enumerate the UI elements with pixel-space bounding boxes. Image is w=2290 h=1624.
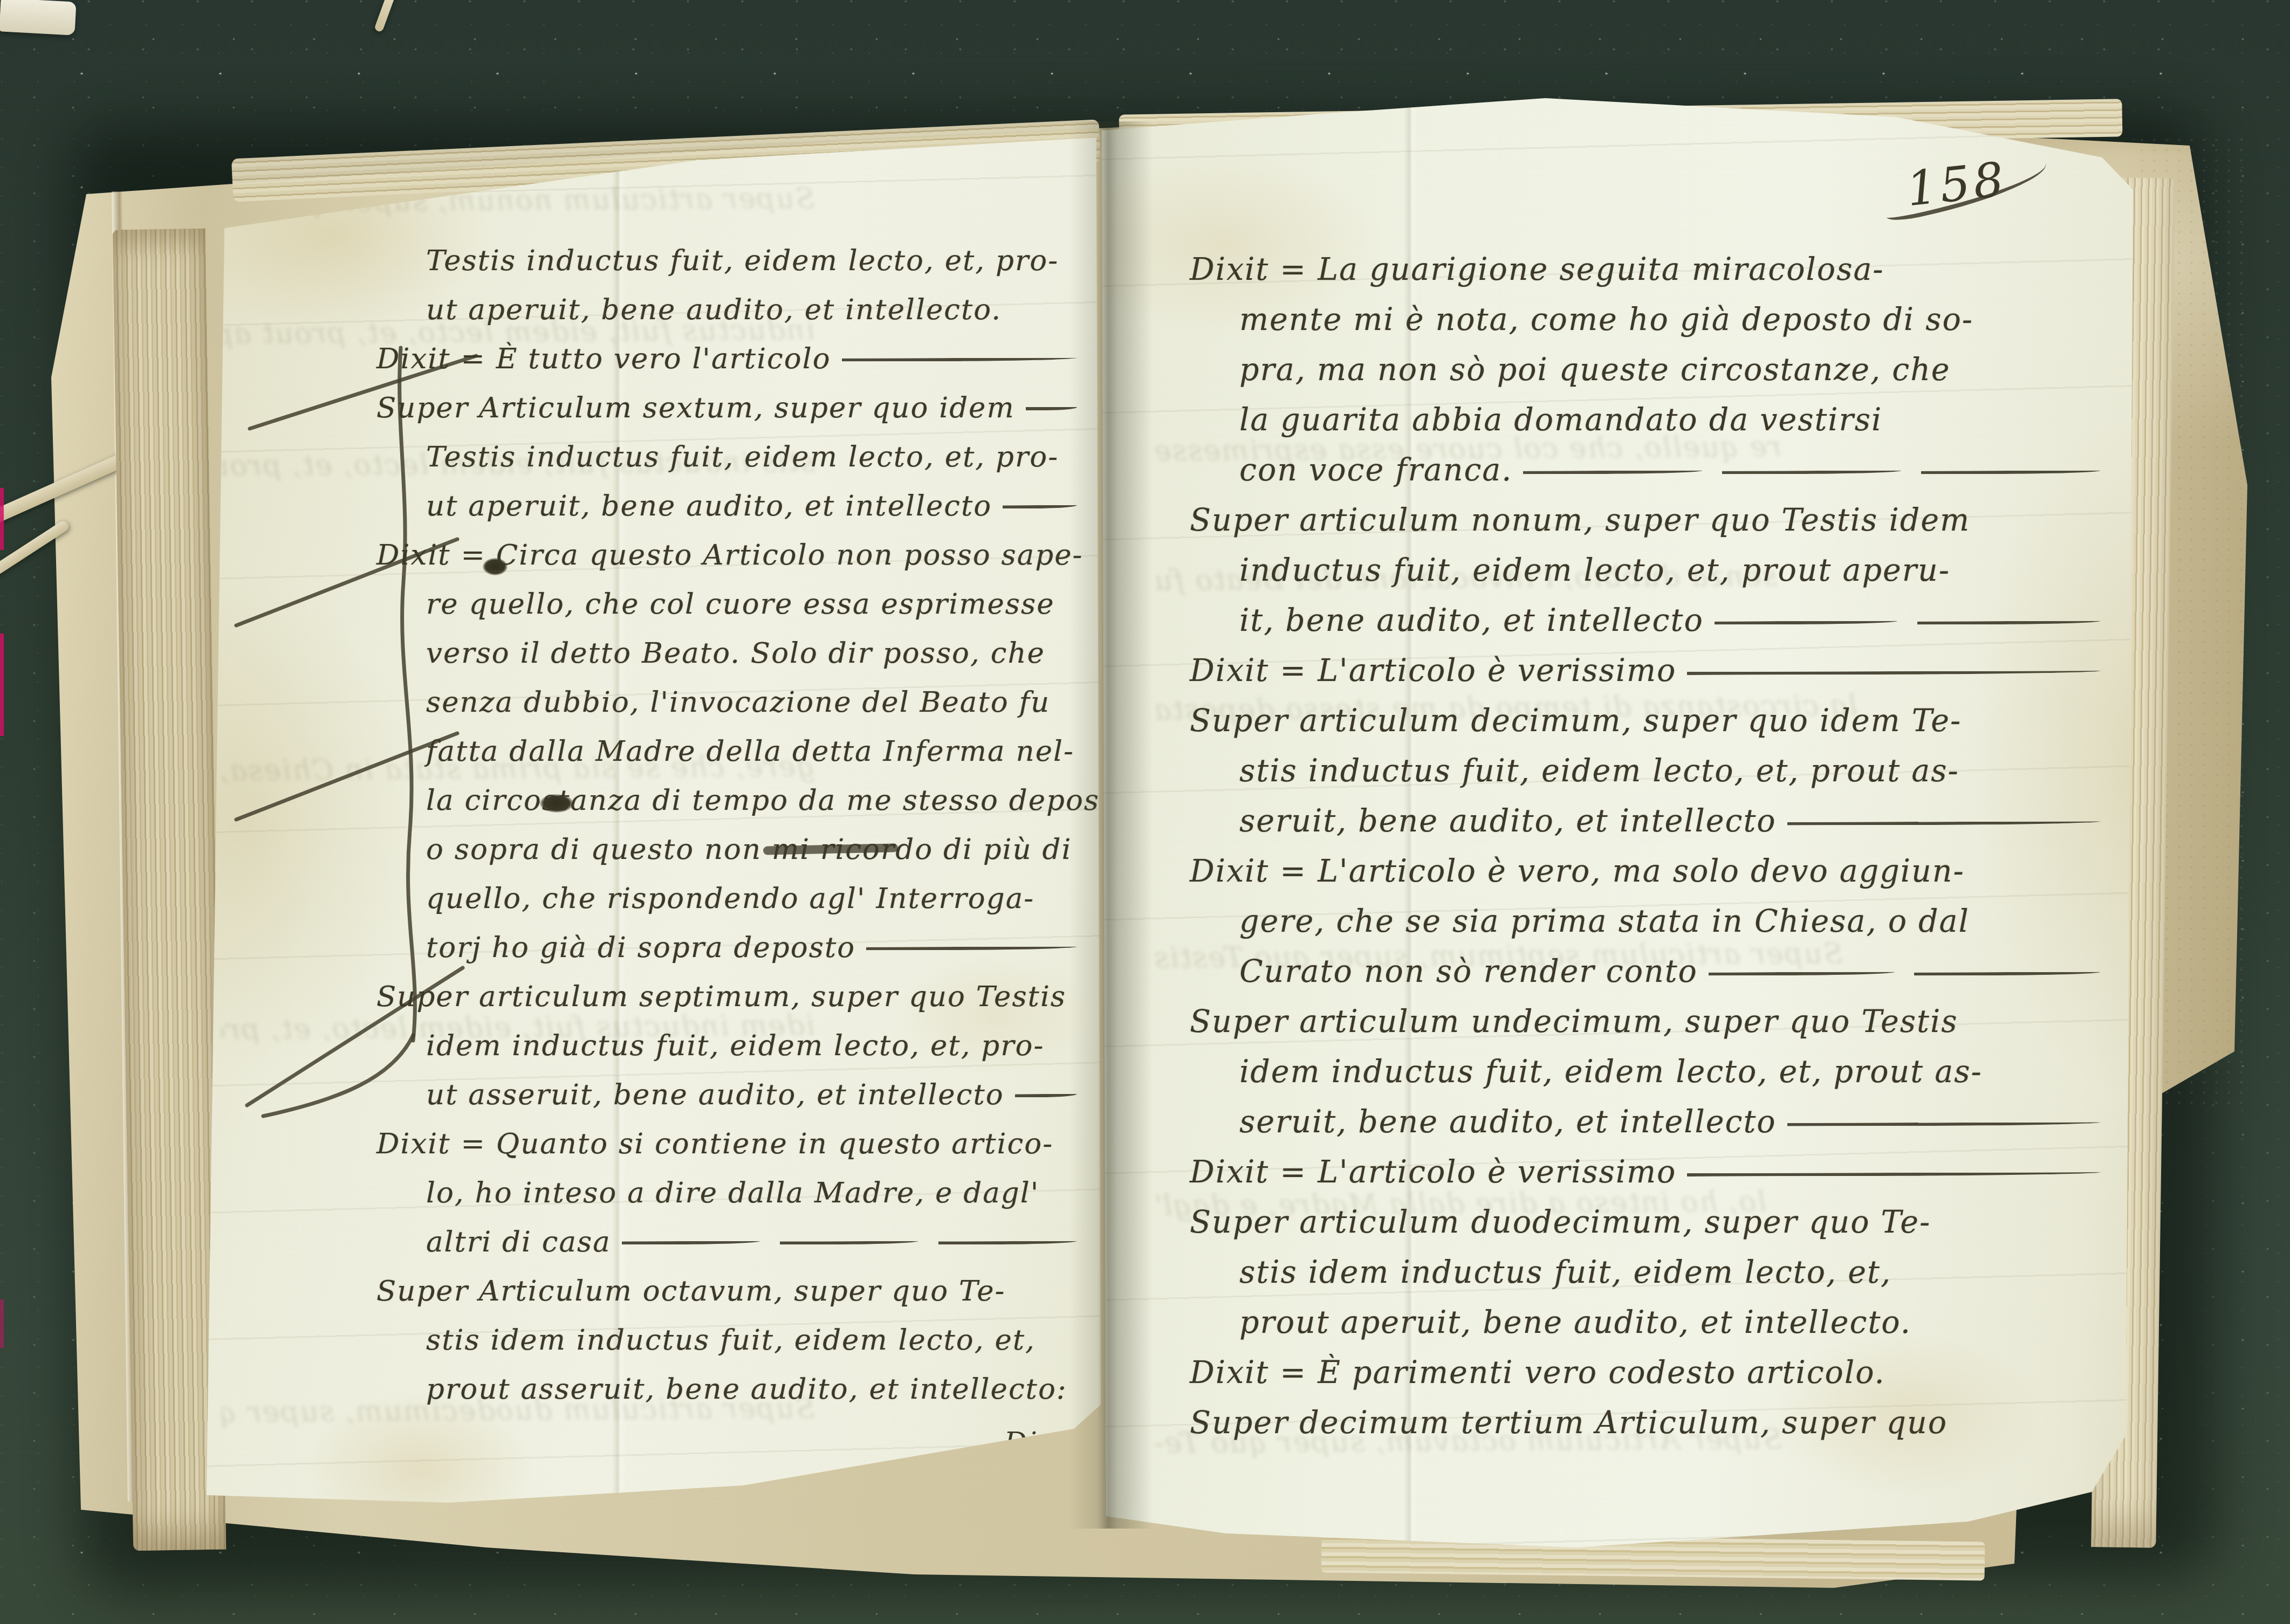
manuscript-line-text: Super articulum decimum, super quo idem … [1190, 703, 1962, 739]
binding-tie-right-stub [0, 0, 77, 36]
manuscript-line: Dixit = È tutto vero l'articolo [376, 326, 1086, 375]
manuscript-line-text: stis idem inductus fuit, eidem lecto, et… [1239, 1255, 1891, 1290]
manuscript-line-text: stis inductus fuit, eidem lecto, et, pro… [1239, 753, 1959, 789]
ink-rule [1026, 407, 1077, 410]
manuscript-line: Super articulum nonum, super quo Testis … [1190, 488, 2109, 538]
manuscript-line-text: o sopra di questo non mi ricordo di più … [426, 833, 1072, 866]
manuscript-line: Dixit = L'articolo è verissimo [1190, 638, 2109, 689]
photo-scene: Super articulum nonum, super quo Testis … [0, 0, 2290, 1624]
manuscript-line-text: Dixit = L'articolo è verissimo [1190, 1154, 1676, 1190]
manuscript-line-text: Dixit = È tutto vero l'articolo [376, 342, 831, 375]
manuscript-line-text: idem inductus fuit, eidem lecto, et, pro… [1239, 1054, 1983, 1090]
manuscript-line-text: la guarita abbia domandato da vestirsi [1239, 402, 1882, 438]
manuscript-line: it, bene audito, et intellecto [1190, 588, 2109, 638]
manuscript-line: inductus fuit, eidem lecto, et, prout ap… [1190, 538, 2109, 588]
manuscript-line-text: Curato non sò render conto [1239, 954, 1698, 989]
manuscript-line: la guarita abbia domandato da vestirsi [1190, 388, 2109, 438]
manuscript-line: prout aperuit, bene audito, et intellect… [1190, 1290, 2109, 1340]
manuscript-line: Dixit = L'articolo è vero, ma solo devo … [1190, 839, 2109, 889]
manuscript-line: Super articulum septimum, super quo Test… [376, 964, 1086, 1013]
ink-blot [483, 558, 508, 575]
manuscript-line-text: Testis inductus fuit, eidem lecto, et, p… [426, 441, 1059, 473]
manuscript-line: o sopra di questo non mi ricordo di più … [376, 817, 1086, 866]
manuscript-line: fatta dalla Madre della detta Inferma ne… [376, 719, 1086, 768]
manuscript-line-text: Dixit = L'articolo è verissimo [1190, 653, 1676, 689]
manuscript-line-text: re quello, che col cuore essa esprimesse [426, 588, 1055, 621]
manuscript-line: seruit, bene audito, et intellecto [1190, 1090, 2109, 1140]
manuscript-line: Dixit = Quanto si contiene in questo art… [376, 1111, 1086, 1160]
manuscript-line-text: ut aperuit, bene audito, et intellecto. [426, 293, 1002, 326]
manuscript-line: seruit, bene audito, et intellecto [1190, 789, 2109, 839]
manuscript-line: pra, ma non sò poi queste circostanze, c… [1190, 338, 2109, 388]
ink-rule [622, 1241, 760, 1245]
manuscript-line-text: Testis inductus fuit, eidem lecto, et, p… [426, 244, 1059, 277]
ink-blot [540, 794, 573, 813]
manuscript-line: altri di casa [376, 1209, 1086, 1258]
manuscript-line-text: ut asseruit, bene audito, et intellecto [426, 1078, 1004, 1111]
manuscript-line-text: senza dubbio, l'invocazione del Beato fu [426, 686, 1050, 719]
manuscript-line-text: lo, ho inteso a dire dalla Madre, e dagl… [426, 1176, 1039, 1209]
manuscript-line: Super articulum undecimum, super quo Tes… [1190, 989, 2109, 1040]
ink-rule [938, 1241, 1077, 1245]
manuscript-line-text: con voce franca. [1239, 452, 1512, 488]
manuscript-line-text: ut aperuit, bene audito, et intellecto [426, 490, 992, 522]
manuscript-line: lo, ho inteso a dire dalla Madre, e dagl… [376, 1160, 1086, 1209]
ink-rule [1709, 972, 1895, 976]
manuscript-line-text: fatta dalla Madre della detta Inferma ne… [426, 735, 1074, 768]
manuscript-line-text: altri di casa [426, 1226, 611, 1258]
manuscript-line: ut aperuit, bene audito, et intellecto. [376, 277, 1086, 326]
scan-color-fringe [0, 488, 4, 550]
manuscript-line: prout asseruit, bene audito, et intellec… [376, 1357, 1086, 1406]
manuscript-line: con voce franca. [1190, 438, 2109, 488]
manuscript-line: mente mi è nota, come ho già deposto di … [1190, 287, 2109, 338]
manuscript-line: stis idem inductus fuit, eidem lecto, et… [376, 1308, 1086, 1357]
manuscript-line-text: Dixit = Quanto si contiene in questo art… [376, 1127, 1053, 1160]
ink-rule [1722, 471, 1902, 474]
ink-rule [1003, 505, 1077, 508]
manuscript-line-text: Super articulum duodecimum, super quo Te… [1190, 1205, 1931, 1240]
manuscript-line: Testis inductus fuit, eidem lecto, et, p… [376, 228, 1086, 277]
manuscript-line: quello, che rispondendo agl' Interroga- [376, 866, 1086, 915]
manuscript-line-text: Super Articulum octavum, super quo Te- [376, 1275, 1005, 1308]
manuscript-line: stis idem inductus fuit, eidem lecto, et… [1190, 1240, 2109, 1290]
ink-rule [1914, 972, 2101, 976]
manuscript-line: Dixit = La guarigione seguita miracolosa… [1190, 237, 2109, 287]
page-left: Super articulum nonum, super quo Testis … [207, 137, 1101, 1510]
manuscript-line-text: la circostanza di tempo da me stesso dep… [426, 784, 1130, 817]
manuscript-line-text: Super articulum nonum, super quo Testis … [1190, 503, 1970, 538]
manuscript-line: Dixit = È parimenti vero codesto articol… [1190, 1340, 2109, 1391]
ink-rule [1687, 1172, 2101, 1176]
manuscript-line-text: torj ho già di sopra deposto [426, 931, 855, 964]
manuscript-line: Super Articulum sextum, super quo idem [376, 375, 1086, 424]
manuscript-line-text: it, bene audito, et intellecto [1239, 603, 1704, 638]
manuscript-line-text: Super articulum undecimum, super quo Tes… [1190, 1004, 1958, 1040]
manuscript-line: Super articulum decimum, super quo idem … [1190, 689, 2109, 739]
ink-rule [1015, 1094, 1077, 1097]
ink-rule [1917, 621, 2101, 625]
page-right: re quello, che col cuore essa esprimesse… [1102, 98, 2133, 1560]
manuscript-line: re quello, che col cuore essa esprimesse [376, 572, 1086, 621]
ink-rule [842, 357, 1077, 361]
manuscript-line-text: gere, che se sia prima stata in Chiesa, … [1239, 904, 1970, 939]
manuscript-line-text: prout aperuit, bene audito, et intellect… [1239, 1305, 1911, 1340]
binding-tie-top [374, 0, 396, 32]
ink-rule [1787, 1122, 2101, 1126]
manuscript-line: Dixit = L'articolo è verissimo [1190, 1140, 2109, 1190]
manuscript-line-text: stis idem inductus fuit, eidem lecto, et… [426, 1324, 1036, 1357]
ink-rule [1921, 471, 2101, 474]
manuscript-line: Testis inductus fuit, eidem lecto, et, p… [376, 424, 1086, 473]
manuscript-line-text: Super articulum septimum, super quo Test… [376, 980, 1066, 1013]
manuscript-line-text: seruit, bene audito, et intellecto [1239, 1104, 1777, 1140]
manuscript-line: stis inductus fuit, eidem lecto, et, pro… [1190, 739, 2109, 789]
manuscript-line-text: pra, ma non sò poi queste circostanze, c… [1239, 352, 1951, 388]
manuscript-line-text: prout asseruit, bene audito, et intellec… [426, 1373, 1067, 1406]
manuscript-line: gere, che se sia prima stata in Chiesa, … [1190, 889, 2109, 939]
scan-color-fringe [0, 1299, 4, 1348]
manuscript-line: Curato non sò render conto [1190, 939, 2109, 989]
manuscript-line: idem inductus fuit, eidem lecto, et, pro… [1190, 1040, 2109, 1090]
ink-rule [866, 946, 1077, 950]
manuscript-line-text: Dixit = L'articolo è vero, ma solo devo … [1190, 854, 1965, 889]
manuscript-line-text: seruit, bene audito, et intellecto [1239, 803, 1777, 839]
manuscript-line-text: quello, che rispondendo agl' Interroga- [426, 882, 1034, 915]
manuscript-line: la circostanza di tempo da me stesso dep… [376, 768, 1086, 817]
manuscript-line-text: Super decimum tertium Articulum, super q… [1190, 1405, 1948, 1441]
manuscript-line-text: inductus fuit, eidem lecto, et, prout ap… [1239, 553, 1950, 588]
ink-rule [1687, 671, 2101, 675]
manuscript-line-text: verso il detto Beato. Solo dir posso, ch… [426, 637, 1045, 670]
manuscript-line: ut asseruit, bene audito, et intellecto [376, 1062, 1086, 1111]
ink-rule [1715, 621, 1898, 625]
manuscript-line-text: idem inductus fuit, eidem lecto, et, pro… [426, 1029, 1044, 1062]
manuscript-line: ut aperuit, bene audito, et intellecto [376, 473, 1086, 522]
manuscript-line: verso il detto Beato. Solo dir posso, ch… [376, 621, 1086, 670]
manuscript-line: senza dubbio, l'invocazione del Beato fu [376, 670, 1086, 719]
manuscript-line-text: Dixit = È parimenti vero codesto articol… [1190, 1355, 1886, 1391]
ink-rule [1787, 821, 2101, 825]
ink-rule [780, 1241, 918, 1245]
manuscript-line: idem inductus fuit, eidem lecto, et, pro… [376, 1013, 1086, 1062]
manuscript-line-text: mente mi è nota, come ho già deposto di … [1239, 302, 1973, 338]
manuscript-line: Super decimum tertium Articulum, super q… [1190, 1391, 2109, 1441]
ink-rule [1523, 471, 1703, 474]
left-page-text-column: Testis inductus fuit, eidem lecto, et, p… [376, 228, 1086, 1406]
scan-color-fringe [0, 634, 4, 736]
manuscript-line: torj ho già di sopra deposto [376, 915, 1086, 964]
manuscript-line: Super Articulum octavum, super quo Te- [376, 1258, 1086, 1308]
right-page-text-column: Dixit = La guarigione seguita miracolosa… [1190, 237, 2109, 1441]
manuscript-line: Super articulum duodecimum, super quo Te… [1190, 1190, 2109, 1240]
manuscript-line-text: Dixit = La guarigione seguita miracolosa… [1190, 252, 1884, 287]
manuscript-line-text: Super Articulum sextum, super quo idem [376, 391, 1015, 424]
